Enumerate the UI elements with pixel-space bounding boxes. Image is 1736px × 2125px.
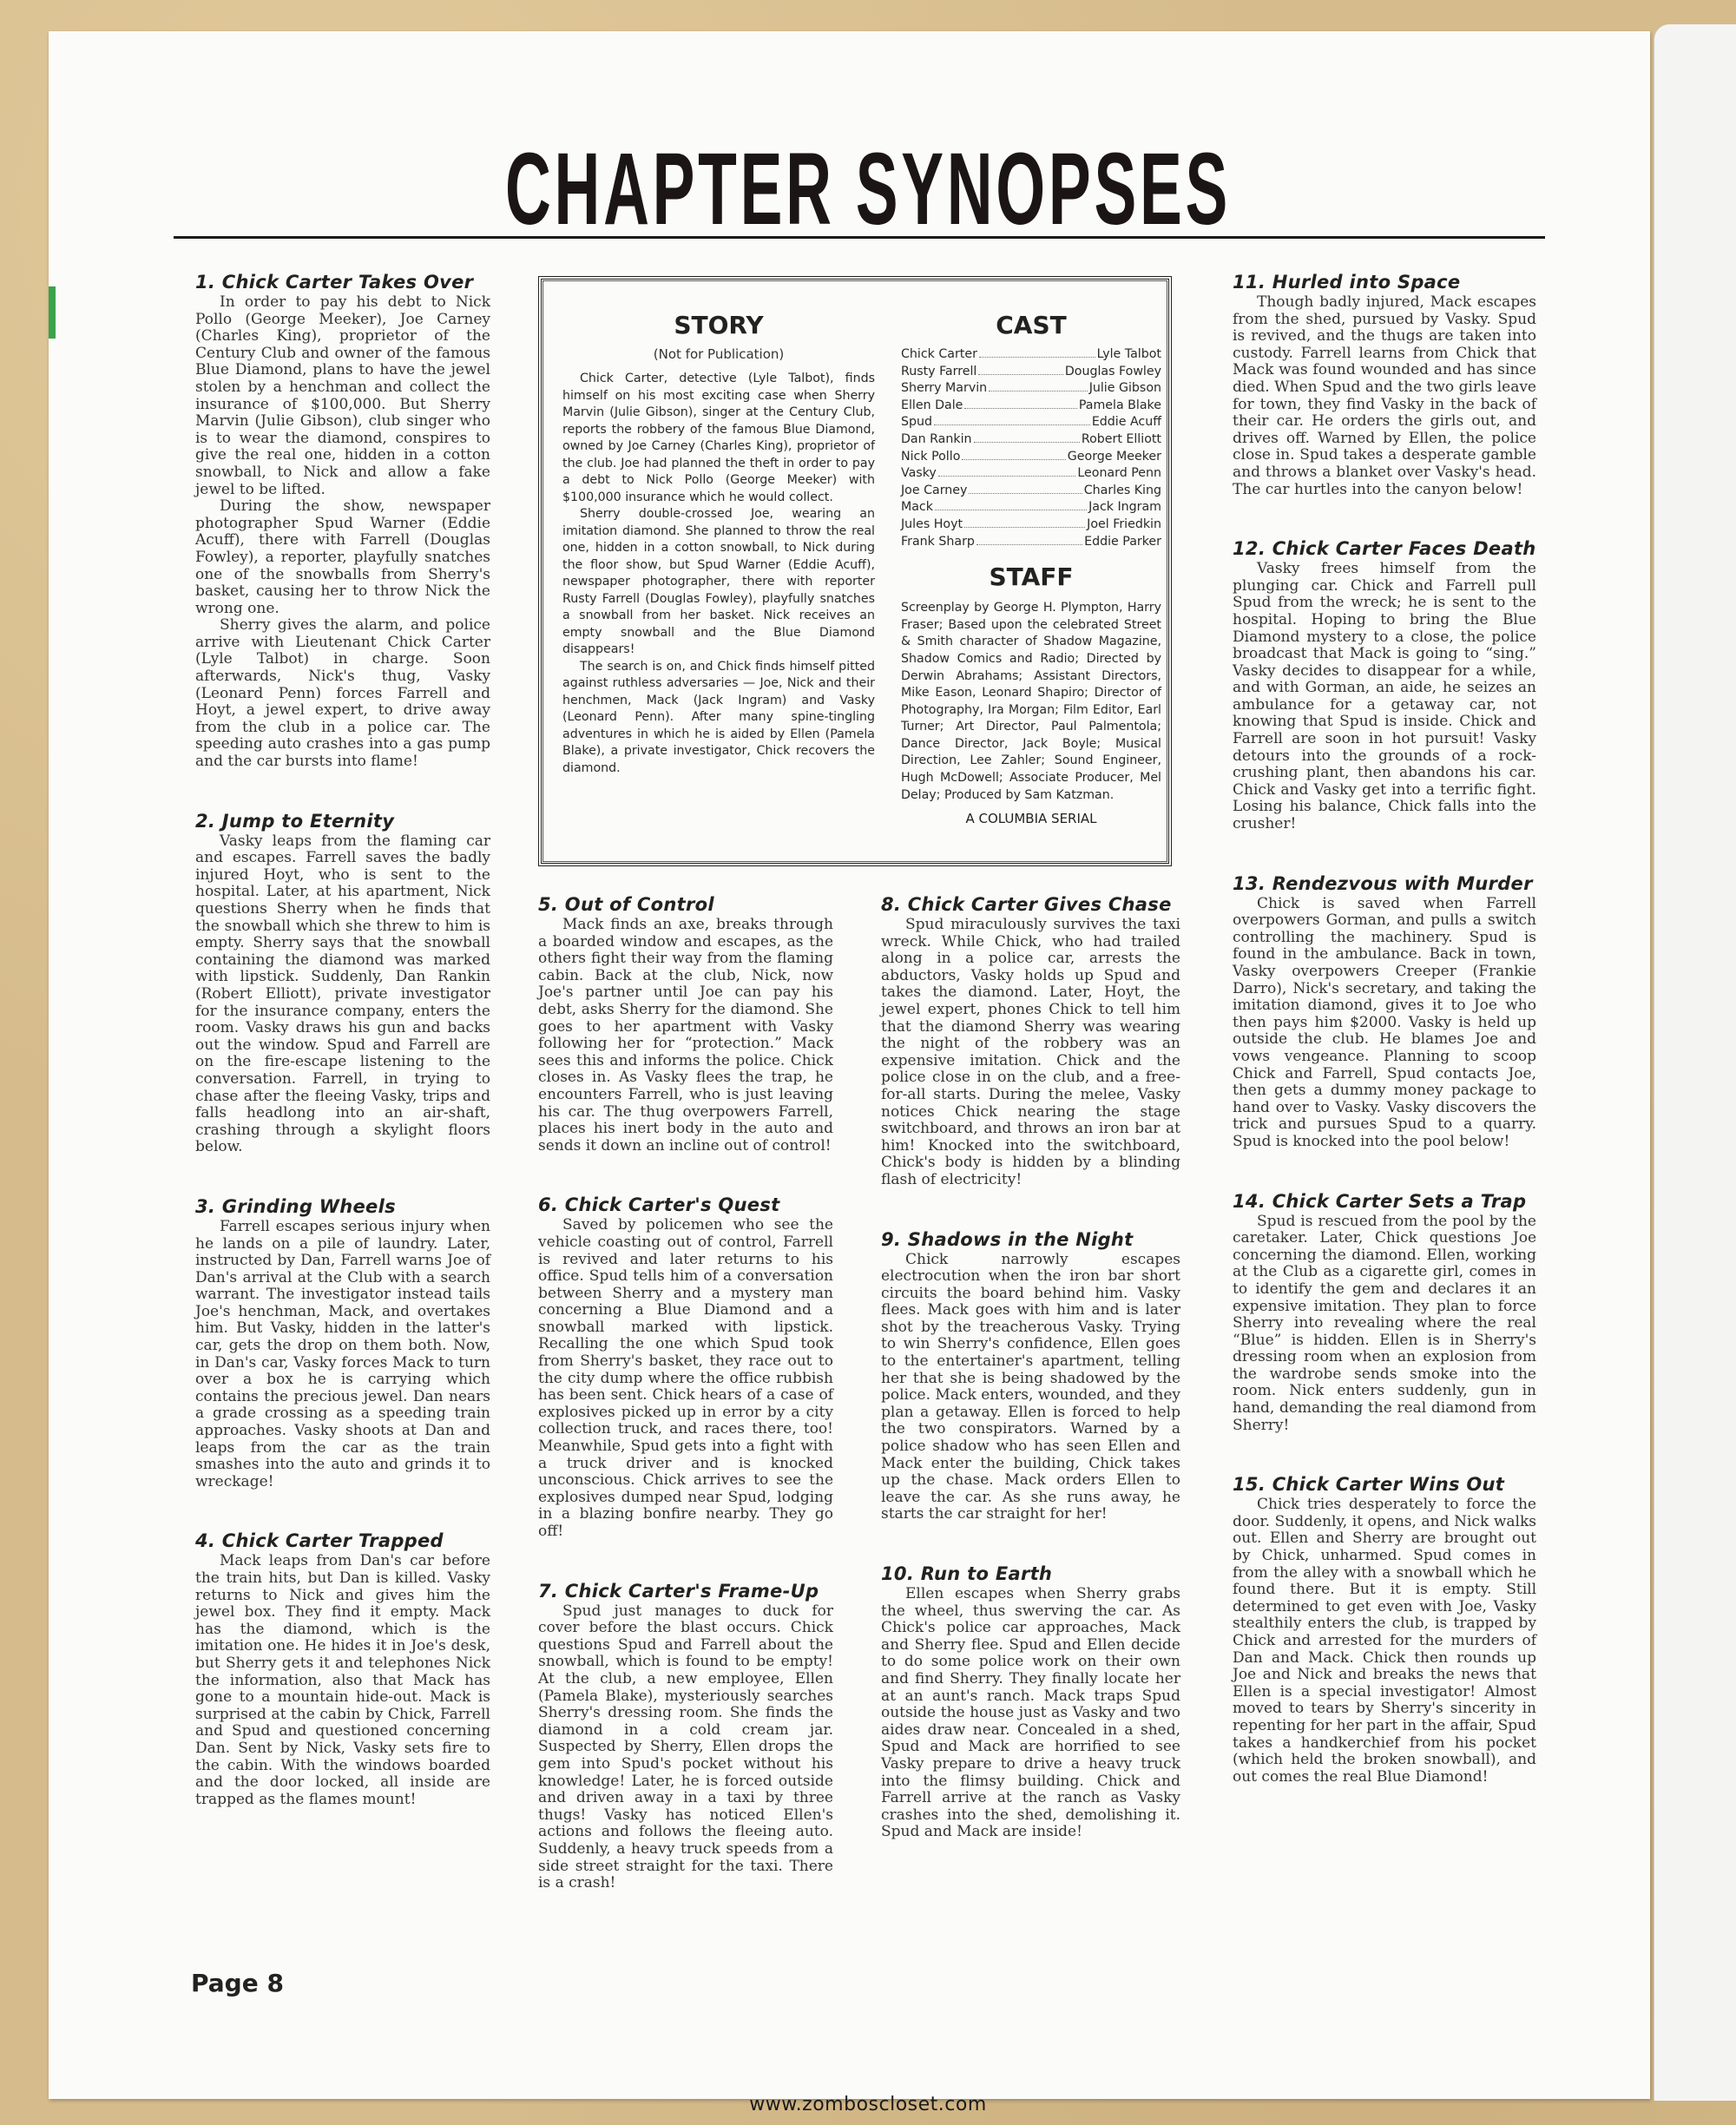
- staff-credits: Screenplay by George H. Plympton, Harry …: [901, 600, 1161, 804]
- story-section: STORY (Not for Publication) Chick Carter…: [562, 311, 875, 777]
- chapter-9: 9. Shadows in the Night Chick narrowly e…: [881, 1229, 1180, 1524]
- chapter-title: 13. Rendezvous with Murder: [1233, 873, 1536, 894]
- story-paragraph: The search is on, and Chick finds himsel…: [562, 659, 875, 778]
- chapter-2: 2. Jump to Eternity Vasky leaps from the…: [195, 811, 490, 1156]
- leader-dots: [962, 459, 1065, 460]
- story-paragraph: Sherry double-crossed Joe, wearing an im…: [562, 506, 875, 659]
- chapter-1: 1. Chick Carter Takes Over In order to p…: [195, 272, 490, 771]
- cast-heading: CAST: [901, 311, 1161, 339]
- story-paragraph: Chick Carter, detective (Lyle Talbot), f…: [562, 371, 875, 506]
- chapter-paragraph: Vasky frees himself from the plunging ca…: [1233, 561, 1536, 833]
- cast-actor: Jack Ingram: [1088, 499, 1161, 516]
- cast-row: Joe CarneyCharles King: [901, 483, 1161, 500]
- chapter-paragraph: Saved by policemen who see the vehicle c…: [538, 1217, 833, 1540]
- chapter-title: 8. Chick Carter Gives Chase: [881, 894, 1180, 915]
- staff-heading: STAFF: [901, 562, 1161, 591]
- chapter-title: 1. Chick Carter Takes Over: [195, 272, 490, 293]
- chapter-5: 5. Out of Control Mack finds an axe, bre…: [538, 894, 833, 1155]
- cast-row: MackJack Ingram: [901, 499, 1161, 516]
- cast-row: Rusty FarrellDouglas Fowley: [901, 364, 1161, 381]
- leader-dots: [976, 544, 1082, 545]
- leader-dots: [938, 476, 1076, 477]
- chapter-10: 10. Run to Earth Ellen escapes when Sher…: [881, 1563, 1180, 1841]
- chapter-title: 2. Jump to Eternity: [195, 811, 490, 832]
- chapter-title: 3. Grinding Wheels: [195, 1196, 490, 1217]
- chapter-title: 10. Run to Earth: [881, 1563, 1180, 1584]
- chapter-paragraph: Mack finds an axe, breaks through a boar…: [538, 917, 833, 1155]
- chapter-paragraph: Mack leaps from Dan's car before the tra…: [195, 1553, 490, 1808]
- leader-dots: [979, 357, 1095, 358]
- chapter-title: 15. Chick Carter Wins Out: [1233, 1474, 1536, 1495]
- leader-dots: [978, 374, 1063, 375]
- story-heading: STORY: [562, 311, 875, 339]
- leader-dots: [934, 424, 1090, 425]
- cast-row: Ellen DalePamela Blake: [901, 398, 1161, 415]
- cast-actor: Julie Gibson: [1089, 380, 1161, 398]
- cast-actor: Eddie Parker: [1084, 534, 1161, 551]
- chapter-11: 11. Hurled into Space Though badly injur…: [1233, 272, 1536, 498]
- cast-actor: Eddie Acuff: [1092, 414, 1161, 431]
- chapter-paragraph: Though badly injured, Mack escapes from …: [1233, 294, 1536, 498]
- page-title: CHAPTER SYNOPSES: [330, 130, 1406, 248]
- chapter-8: 8. Chick Carter Gives Chase Spud miracul…: [881, 894, 1180, 1189]
- story-subheading: (Not for Publication): [562, 346, 875, 362]
- leader-dots: [974, 442, 1080, 443]
- cast-role: Mack: [901, 499, 933, 516]
- story-cast-staff-box: STORY (Not for Publication) Chick Carter…: [538, 276, 1172, 866]
- cast-actor: Lyle Talbot: [1097, 346, 1161, 364]
- chapter-title: 7. Chick Carter's Frame-Up: [538, 1581, 833, 1602]
- cast-row: Frank SharpEddie Parker: [901, 534, 1161, 551]
- leader-dots: [964, 408, 1077, 409]
- title-divider: [174, 236, 1545, 239]
- chapter-title: 11. Hurled into Space: [1233, 272, 1536, 293]
- chapter-paragraph: Vasky leaps from the flaming car and esc…: [195, 833, 490, 1156]
- chapter-paragraph: In order to pay his debt to Nick Pollo (…: [195, 294, 490, 498]
- cast-role: Joe Carney: [901, 483, 967, 500]
- chapter-title: 6. Chick Carter's Quest: [538, 1194, 833, 1215]
- cast-row: Jules HoytJoel Friedkin: [901, 516, 1161, 534]
- chapter-paragraph: During the show, newspaper photographer …: [195, 498, 490, 617]
- cast-row: Nick PolloGeorge Meeker: [901, 449, 1161, 466]
- cast-row: VaskyLeonard Penn: [901, 465, 1161, 483]
- cast-row: Dan RankinRobert Elliott: [901, 431, 1161, 449]
- cast-list: Chick CarterLyle TalbotRusty FarrellDoug…: [901, 346, 1161, 550]
- chapter-3: 3. Grinding Wheels Farrell escapes serio…: [195, 1196, 490, 1491]
- column-1: 1. Chick Carter Takes Over In order to p…: [195, 272, 490, 1848]
- chapter-paragraph: Farrell escapes serious injury when he l…: [195, 1219, 490, 1491]
- chapter-title: 14. Chick Carter Sets a Trap: [1233, 1191, 1536, 1212]
- chapter-title: 12. Chick Carter Faces Death: [1233, 538, 1536, 559]
- cast-section: CAST Chick CarterLyle TalbotRusty Farrel…: [901, 311, 1161, 826]
- column-3: 8. Chick Carter Gives Chase Spud miracul…: [881, 894, 1180, 1881]
- green-tab-mark: [49, 286, 56, 339]
- cast-role: Jules Hoyt: [901, 516, 963, 534]
- cast-row: Chick CarterLyle Talbot: [901, 346, 1161, 364]
- chapter-title: 5. Out of Control: [538, 894, 833, 915]
- chapter-14: 14. Chick Carter Sets a Trap Spud is res…: [1233, 1191, 1536, 1435]
- cast-row: SpudEddie Acuff: [901, 414, 1161, 431]
- adjacent-page-edge: [1654, 24, 1736, 2101]
- cast-role: Spud: [901, 414, 932, 431]
- cast-role: Rusty Farrell: [901, 364, 976, 381]
- chapter-paragraph: Spud just manages to duck for cover befo…: [538, 1603, 833, 1892]
- chapter-paragraph: Sherry gives the alarm, and police arriv…: [195, 617, 490, 770]
- chapter-paragraph: Chick tries desperately to force the doo…: [1233, 1497, 1536, 1786]
- cast-role: Ellen Dale: [901, 398, 963, 415]
- leader-dots: [969, 493, 1082, 494]
- chapter-title: 9. Shadows in the Night: [881, 1229, 1180, 1250]
- chapter-13: 13. Rendezvous with Murder Chick is save…: [1233, 873, 1536, 1151]
- chapter-title: 4. Chick Carter Trapped: [195, 1530, 490, 1551]
- website-watermark: www.zomboscloset.com: [0, 2094, 1736, 2115]
- leader-dots: [989, 391, 1088, 391]
- cast-actor: Pamela Blake: [1079, 398, 1161, 415]
- cast-actor: Charles King: [1084, 483, 1161, 500]
- chapter-12: 12. Chick Carter Faces Death Vasky frees…: [1233, 538, 1536, 833]
- cast-role: Chick Carter: [901, 346, 977, 364]
- chapter-paragraph: Spud miraculously survives the taxi wrec…: [881, 917, 1180, 1189]
- serial-credit: A COLUMBIA SERIAL: [901, 811, 1161, 826]
- chapter-15: 15. Chick Carter Wins Out Chick tries de…: [1233, 1474, 1536, 1786]
- cast-actor: Joel Friedkin: [1087, 516, 1161, 534]
- chapter-7: 7. Chick Carter's Frame-Up Spud just man…: [538, 1581, 833, 1892]
- leader-dots: [935, 510, 1087, 510]
- chapter-paragraph: Ellen escapes when Sherry grabs the whee…: [881, 1586, 1180, 1841]
- cast-role: Dan Rankin: [901, 431, 972, 449]
- page-number: Page 8: [191, 1969, 284, 1997]
- column-2: 5. Out of Control Mack finds an axe, bre…: [538, 894, 833, 1932]
- cast-role: Frank Sharp: [901, 534, 975, 551]
- cast-row: Sherry MarvinJulie Gibson: [901, 380, 1161, 398]
- cast-role: Sherry Marvin: [901, 380, 987, 398]
- chapter-4: 4. Chick Carter Trapped Mack leaps from …: [195, 1530, 490, 1808]
- column-4: 11. Hurled into Space Though badly injur…: [1233, 272, 1536, 1826]
- leader-dots: [964, 527, 1085, 528]
- chapter-paragraph: Chick is saved when Farrell overpowers G…: [1233, 896, 1536, 1151]
- cast-role: Vasky: [901, 465, 937, 483]
- cast-actor: Leonard Penn: [1077, 465, 1161, 483]
- chapter-paragraph: Spud is rescued from the pool by the car…: [1233, 1214, 1536, 1435]
- cast-actor: Douglas Fowley: [1065, 364, 1161, 381]
- cast-actor: Robert Elliott: [1082, 431, 1161, 449]
- chapter-paragraph: Chick narrowly escapes electrocution whe…: [881, 1252, 1180, 1524]
- chapter-6: 6. Chick Carter's Quest Saved by policem…: [538, 1194, 833, 1540]
- cast-role: Nick Pollo: [901, 449, 960, 466]
- cast-actor: George Meeker: [1068, 449, 1161, 466]
